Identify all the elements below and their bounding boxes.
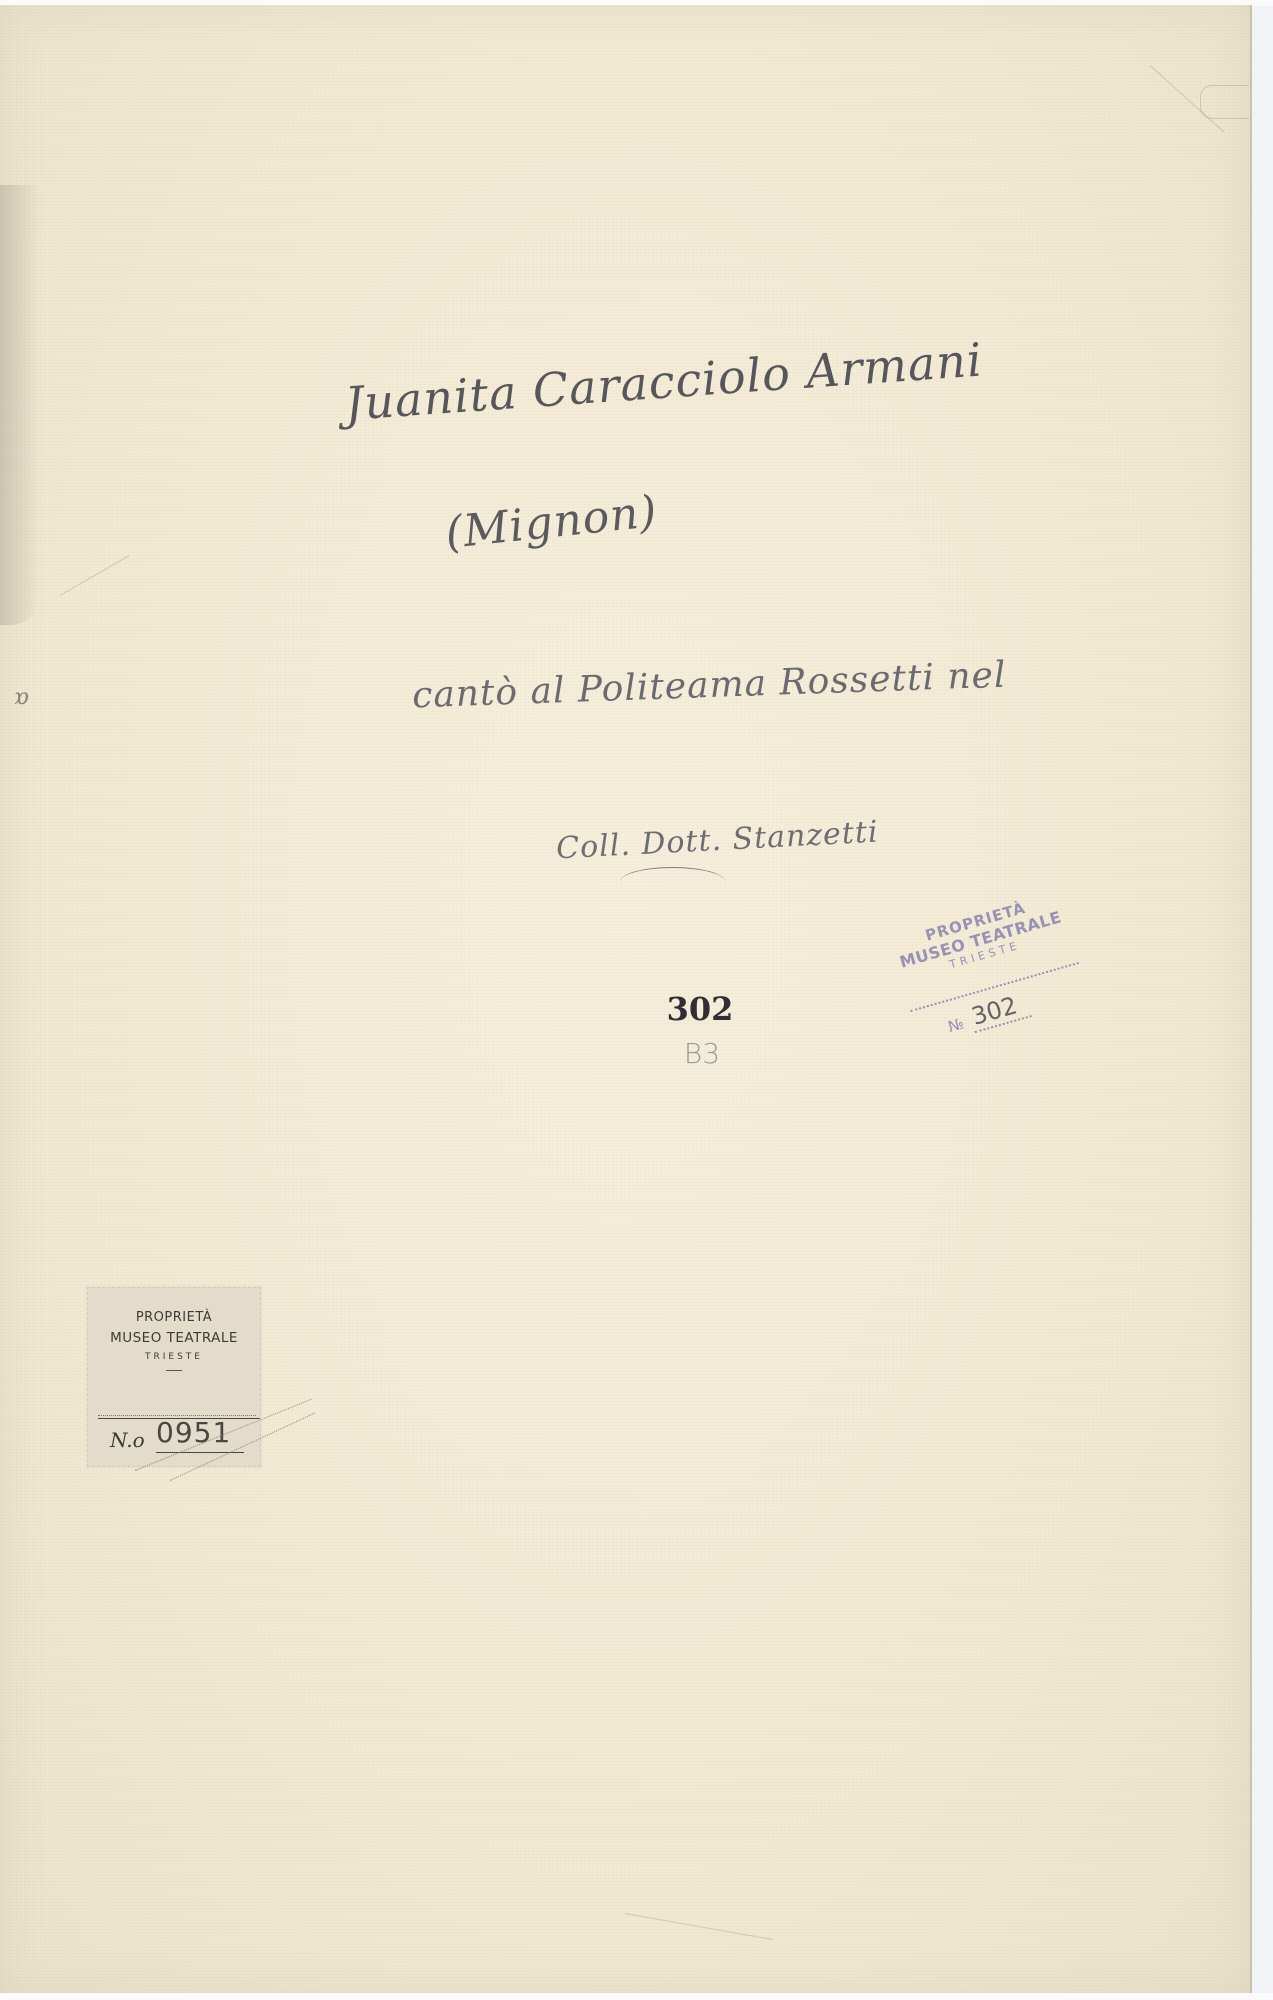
- paper-crease: [625, 1913, 773, 1940]
- stamp-number-row: №302: [905, 970, 1095, 1049]
- paper-crease: [60, 555, 130, 596]
- label-divider: [166, 1370, 182, 1371]
- stamp-number-prefix: №: [946, 1014, 966, 1036]
- label-line-2: MUSEO TEATRALE: [88, 1330, 260, 1346]
- shelf-mark: B3: [672, 1037, 732, 1070]
- collection-signature: Coll. Dott. Stanzetti: [555, 815, 879, 867]
- museum-property-label: PROPRIETÀ MUSEO TEATRALE TRIESTE N.o 095…: [87, 1287, 261, 1467]
- signature-flourish: [620, 867, 725, 896]
- label-number: 0951: [156, 1416, 231, 1449]
- pencil-mark: ɒ: [14, 685, 29, 710]
- museum-ink-stamp: PROPRIETÀ MUSEO TEATRALE TRIESTE №302: [882, 887, 1109, 1093]
- document-page: ɒ Juanita Caracciolo Armani (Mignon) can…: [0, 5, 1252, 1993]
- catalog-number: 302: [660, 990, 740, 1028]
- paper-stain: [0, 185, 40, 625]
- scan-bottom-margin: [0, 1993, 1273, 2000]
- role-name: (Mignon): [443, 486, 660, 559]
- stamp-number: 302: [966, 988, 1032, 1033]
- venue-note: cantò al Politeama Rossetti nel: [411, 655, 1007, 717]
- label-line-1: PROPRIETÀ: [88, 1310, 260, 1325]
- performer-name: Juanita Caracciolo Armani: [343, 332, 984, 430]
- label-number-prefix: N.o: [110, 1428, 145, 1452]
- label-line-3: TRIESTE: [88, 1352, 260, 1362]
- paper-tear: [1200, 85, 1249, 119]
